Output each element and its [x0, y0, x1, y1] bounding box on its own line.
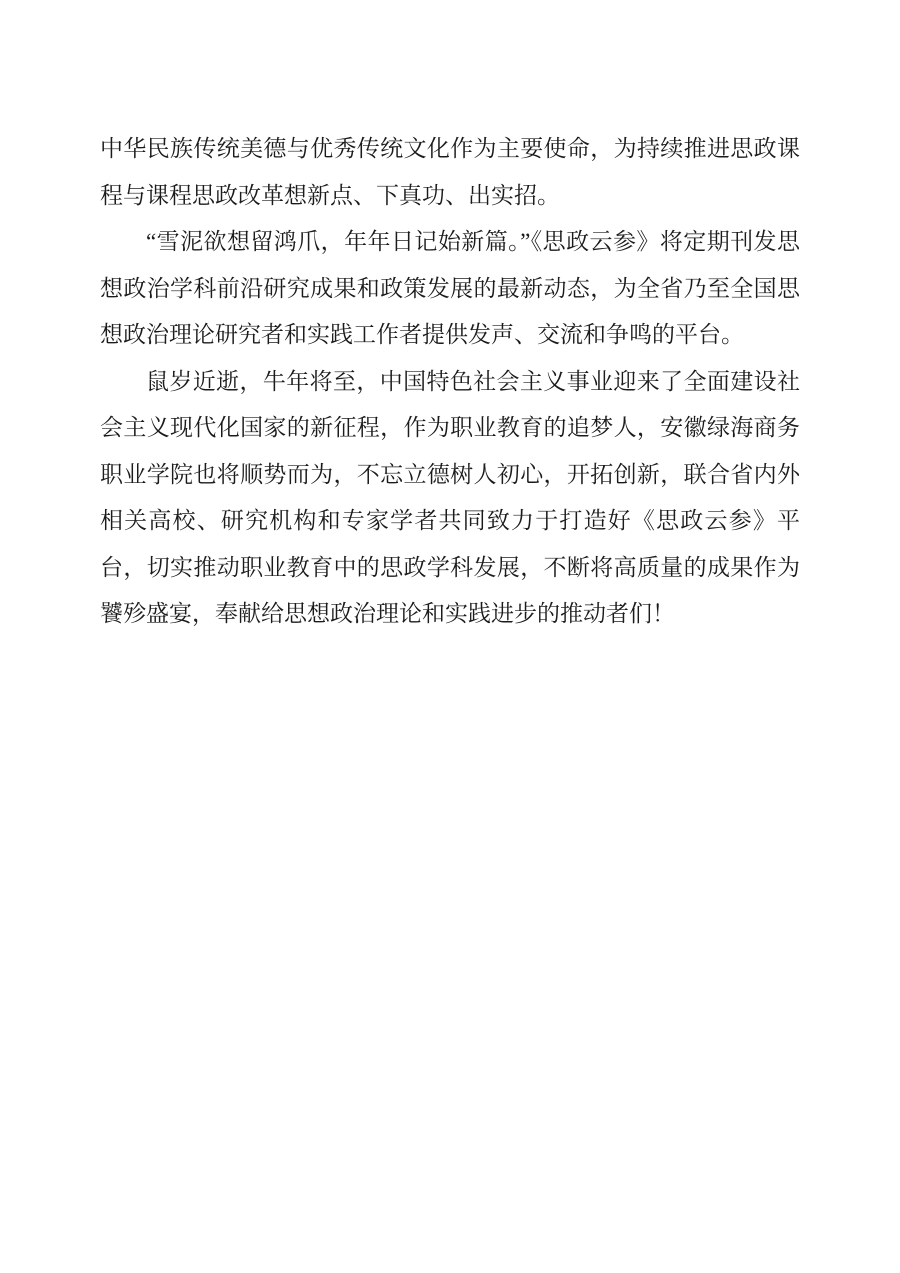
- paragraph-quote-journal: “雪泥欲想留鸿爪，年年日记始新篇。”《思政云参》将定期刊发思想政治学科前沿研究成…: [100, 219, 800, 359]
- paragraph-closing: 鼠岁近逝，牛年将至，中国特色社会主义事业迎来了全面建设社会主义现代化国家的新征程…: [100, 359, 800, 638]
- paragraph-continuation: 中华民族传统美德与优秀传统文化作为主要使命，为持续推进思政课程与课程思政改革想新…: [100, 126, 800, 219]
- document-body: 中华民族传统美德与优秀传统文化作为主要使命，为持续推进思政课程与课程思政改革想新…: [0, 0, 900, 638]
- document-page: 中华民族传统美德与优秀传统文化作为主要使命，为持续推进思政课程与课程思政改革想新…: [0, 0, 900, 1273]
